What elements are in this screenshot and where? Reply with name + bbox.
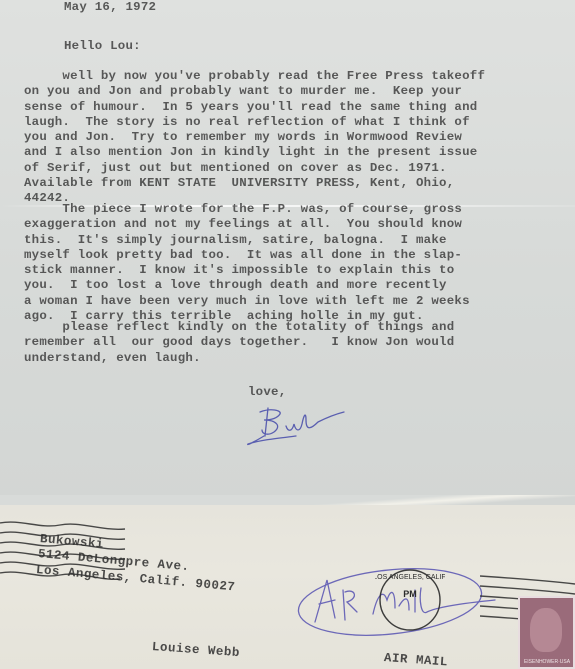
letter-paragraph-3: please reflect kindly on the totality of…: [24, 320, 454, 366]
postmark-time: PM: [403, 589, 417, 599]
eisenhower-portrait-icon: [530, 608, 562, 652]
postmark-city: LOS ANGELES, CALIF.: [375, 574, 445, 581]
signature-scrawl: [240, 400, 360, 450]
letter-date: May 16, 1972: [64, 0, 156, 15]
letter-sheet: May 16, 1972 Hello Lou: well by now you'…: [0, 0, 575, 505]
stamp-label: EISENHOWER·USA: [521, 659, 573, 665]
postmark: LOS ANGELES, CALIF. PM: [375, 565, 445, 635]
letter-closing: love,: [248, 385, 286, 400]
letter-paragraph-2: The piece I wrote for the F.P. was, of c…: [24, 202, 470, 324]
letter-paragraph-1: well by now you've probably read the Fre…: [24, 69, 485, 207]
letter-greeting: Hello Lou:: [64, 39, 141, 54]
postage-stamp: EISENHOWER·USA: [518, 596, 575, 669]
